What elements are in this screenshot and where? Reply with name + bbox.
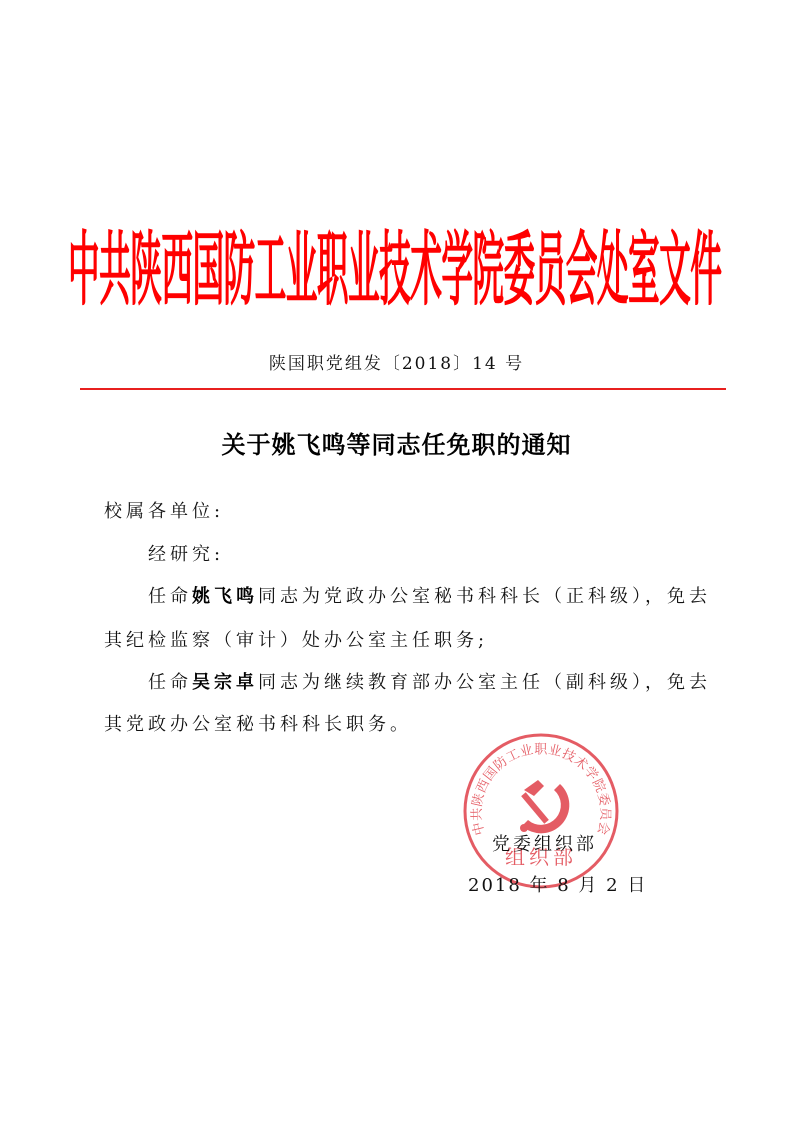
- appointment-prefix: 任命: [148, 586, 192, 607]
- appointment-1-line-1: 任命姚飞鸣同志为党政办公室秘书科科长（正科级），免去: [148, 582, 711, 608]
- appointee-name: 吴宗卓: [192, 672, 258, 693]
- intro-text: 经研究:: [148, 540, 224, 566]
- appointment-2-line-1: 任命吴宗卓同志为继续教育部办公室主任（副科级），免去: [148, 668, 711, 694]
- appointment-detail: 同志为继续教育部办公室主任（副科级），免去: [258, 672, 711, 693]
- red-divider-line: [80, 388, 726, 390]
- document-number: 陕国职党组发〔2018〕14 号: [0, 349, 793, 374]
- appointment-prefix: 任命: [148, 672, 192, 693]
- appointment-detail: 同志为党政办公室秘书科科长（正科级），免去: [258, 586, 711, 607]
- svg-text:中共陕西国防工业职业技术学院委员会: 中共陕西国防工业职业技术学院委员会: [469, 742, 612, 837]
- appointment-2-line-2: 其党政办公室秘书科科长职务。: [104, 710, 412, 736]
- official-seal-stamp: 中共陕西国防工业职业技术学院委员会 组织部: [462, 732, 620, 890]
- salutation: 校属各单位:: [104, 497, 224, 523]
- hammer-sickle-icon: [520, 780, 569, 833]
- document-header-title: 中共陕西国防工业职业技术学院委员会处室文件: [68, 201, 472, 341]
- signing-organization: 党委组织部: [492, 830, 597, 856]
- appointment-1-line-2: 其纪检监察（审计）处办公室主任职务;: [104, 626, 488, 652]
- signing-date: 2018 年 8 月 2 日: [468, 871, 647, 897]
- notice-title: 关于姚飞鸣等同志任免职的通知: [0, 425, 793, 460]
- appointee-name: 姚飞鸣: [192, 586, 258, 607]
